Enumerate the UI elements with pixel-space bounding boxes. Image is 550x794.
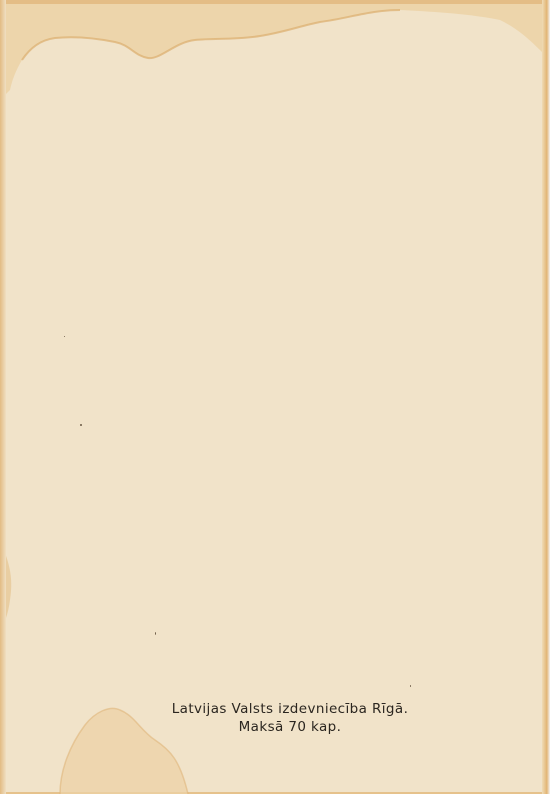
- left-edge: [0, 0, 6, 794]
- speck: [80, 424, 82, 426]
- top-water-stain: [0, 0, 550, 794]
- back-cover-page: Latvijas Valsts izdevniecība Rīgā. Maksā…: [0, 0, 550, 794]
- right-edge: [542, 0, 550, 794]
- speck: [64, 336, 65, 337]
- publisher-line: Latvijas Valsts izdevniecība Rīgā.: [160, 700, 420, 718]
- speck: [155, 632, 156, 635]
- top-edge: [0, 0, 550, 4]
- price-line: Maksā 70 kap.: [160, 718, 420, 736]
- publisher-imprint: Latvijas Valsts izdevniecība Rīgā. Maksā…: [160, 700, 420, 736]
- speck: [410, 685, 411, 687]
